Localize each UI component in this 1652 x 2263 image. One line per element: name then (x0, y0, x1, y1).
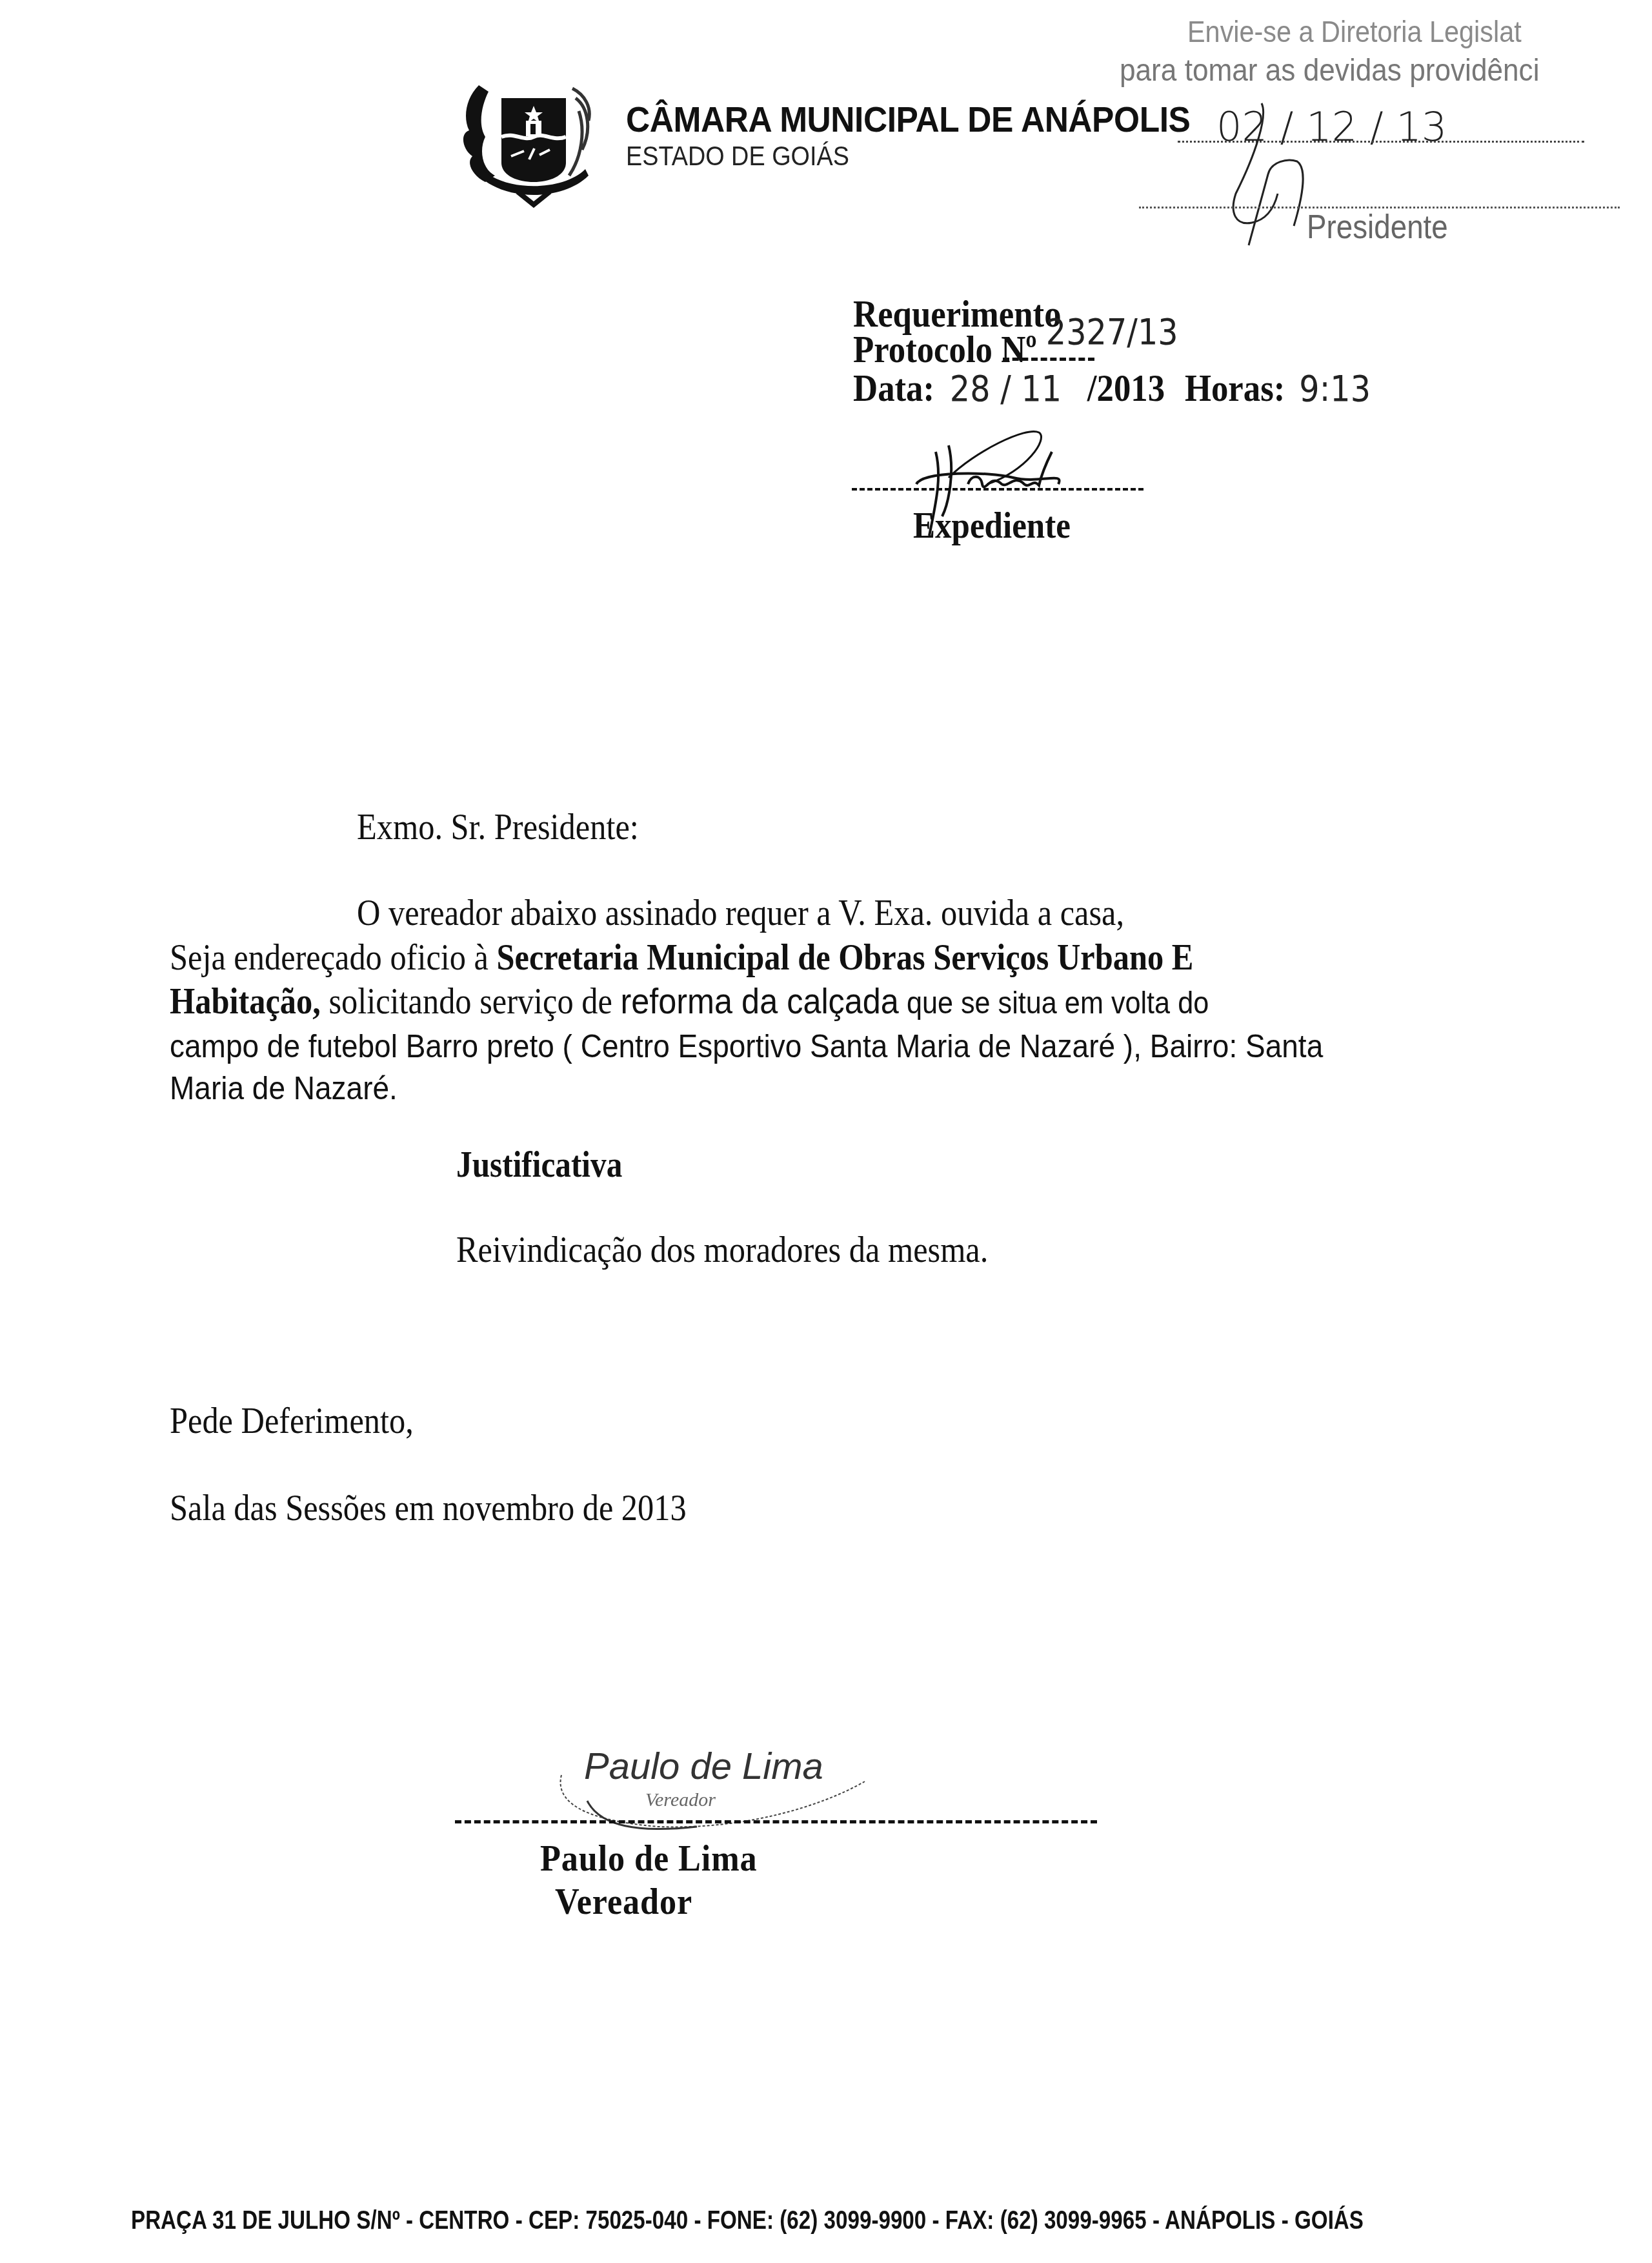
councilor-stamp-name: Paulo de Lima (584, 1745, 823, 1788)
councilor-stamp-role: Vereador (645, 1789, 716, 1811)
councilor-signature-rule (455, 1820, 1097, 1823)
request-location-start: que se situa em volta do (899, 986, 1209, 1020)
request-paragraph-line3: campo de futebol Barro preto ( Centro Es… (170, 1028, 1323, 1065)
request-paragraph-line1: Seja endereçado oficio à Secretaria Muni… (170, 937, 1193, 979)
protocol-label: Protocolo Nº (853, 328, 1037, 370)
hours-label: Horas: (1185, 367, 1285, 409)
request-paragraph-line4: Maria de Nazaré. (170, 1070, 398, 1107)
protocol-row: Protocolo Nº2327/13 (853, 327, 1178, 372)
date-label: Data: (853, 367, 934, 409)
protocol-number: 2327/13 (1046, 311, 1178, 353)
request-service: solicitando serviço de (321, 982, 621, 1022)
salutation: Exmo. Sr. Presidente: (357, 807, 639, 848)
stamp-instruction-line1: Envie-se a Diretoria Legislat (1187, 14, 1522, 49)
expediente-signature-rule (852, 488, 1143, 491)
organization-state: ESTADO DE GOIÁS (626, 141, 849, 172)
request-paragraph-line2: Habitação, solicitando serviço de reform… (170, 980, 1209, 1022)
hours-value: 9:13 (1299, 368, 1371, 410)
justification-title: Justificativa (456, 1144, 622, 1186)
protocol-underline (1003, 358, 1094, 361)
date-day: 28 (950, 368, 991, 410)
footer-address: PRAÇA 31 DE JULHO S/Nº - CENTRO - CEP: 7… (131, 2206, 1364, 2235)
date-year: /2013 (1087, 367, 1165, 409)
place-date: Sala das Sessões em novembro de 2013 (170, 1488, 687, 1529)
closing-request: Pede Deferimento, (170, 1401, 414, 1442)
date-separator: / (991, 368, 1022, 410)
organization-title: CÂMARA MUNICIPAL DE ANÁPOLIS (626, 98, 1190, 140)
date-row: Data: 28 / 11 /2013 Horas: 9:13 (853, 366, 1371, 411)
stamp-role: Presidente (1307, 208, 1448, 247)
stamp-instruction-line2: para tomar as devidas providênci (1120, 53, 1539, 88)
request-prefix: Seja endereçado oficio à (170, 938, 497, 978)
date-month: 11 (1022, 368, 1062, 410)
justification-text: Reivindicação dos moradores da mesma. (456, 1230, 988, 1271)
request-service-object: reforma da calçada (620, 980, 898, 1021)
intro-text: O vereador abaixo assinado requer a V. E… (357, 893, 1124, 934)
coat-of-arms-icon (459, 72, 608, 208)
secretariat-name-cont: Habitação, (170, 982, 321, 1022)
signer-role: Vereador (555, 1880, 692, 1923)
expediente-label: Expediente (913, 503, 1071, 547)
secretariat-name: Secretaria Municipal de Obras Serviços U… (497, 938, 1194, 978)
signer-name: Paulo de Lima (540, 1836, 758, 1880)
